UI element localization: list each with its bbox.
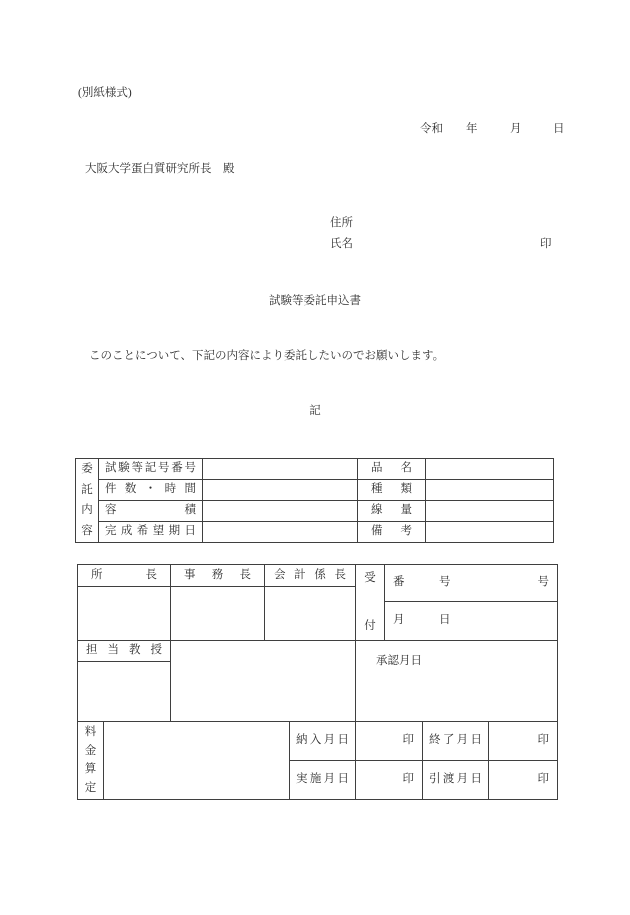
cell-professor-label: 担当教授 xyxy=(78,641,171,662)
cell-reception-number: 番 号 号 xyxy=(385,565,558,602)
cell-professor-sign-space xyxy=(78,662,171,722)
cell-remarks-value xyxy=(426,522,554,543)
cell-director-sign xyxy=(78,587,171,641)
cell-reception-date: 月 日 xyxy=(385,602,558,641)
cell-product-name-label: 品名 xyxy=(358,459,426,480)
commission-table: 委 託 内 容 試験等記号番号 品名 件数・時間 種類 容積 線量 完成希望期日 xyxy=(75,458,554,543)
cell-test-number-value xyxy=(203,459,358,480)
group-char: 委 xyxy=(81,464,93,476)
fee-char: 料 xyxy=(85,727,97,739)
group-char: 内 xyxy=(81,505,93,517)
cell-finish-seal: 印 xyxy=(489,722,558,761)
cell-approval-date: 承認月日 xyxy=(356,641,558,722)
cell-implement-date-label: 実施月日 xyxy=(290,761,356,800)
day-label: 日 xyxy=(553,122,565,137)
table-row: 所長 事務長 会計係長 受 付 番 号 号 xyxy=(78,565,558,587)
name-seal: 印 xyxy=(540,237,552,252)
cell-volume-label: 容積 xyxy=(99,501,203,522)
reception-number-suffix: 号 xyxy=(538,577,550,589)
month-label: 月 xyxy=(510,122,522,137)
era-label: 令和 xyxy=(420,122,443,137)
reception-char: 受 xyxy=(364,573,376,585)
corner-note: (別紙様式) xyxy=(78,86,132,101)
table-row: 容積 線量 xyxy=(76,501,554,522)
record-mark: 記 xyxy=(0,402,630,418)
cell-quantity-time-value xyxy=(203,480,358,501)
cell-finish-date-label: 終了月日 xyxy=(423,722,489,761)
cell-quantity-time-label: 件数・時間 xyxy=(99,480,203,501)
fee-column: 料 金 算 定 xyxy=(78,722,104,800)
document-title: 試験等委託申込書 xyxy=(0,292,630,308)
cell-test-number-label: 試験等記号番号 xyxy=(99,459,203,480)
cell-type-value xyxy=(426,480,554,501)
document-page: (別紙様式) 令和 年 月 日 大阪大学蛋白質研究所長 殿 住所 氏名 印 試験… xyxy=(0,0,630,915)
cell-admin-chief-label: 事務長 xyxy=(171,565,265,587)
cell-admin-chief-sign xyxy=(171,587,265,641)
table-row: 完成希望期日 備考 xyxy=(76,522,554,543)
fee-char: 算 xyxy=(85,764,97,776)
cell-delivery-seal: 印 xyxy=(489,761,558,800)
cell-dose-label: 線量 xyxy=(358,501,426,522)
commission-group-label: 委 託 内 容 xyxy=(76,459,99,543)
table-row: 担当教授 承認月日 xyxy=(78,641,558,662)
fee-char: 定 xyxy=(85,783,97,795)
reception-number-label: 番 号 xyxy=(393,577,451,589)
fee-char: 金 xyxy=(85,746,97,758)
body-text: このことについて、下記の内容により委託したいのでお願いします。 xyxy=(89,349,444,364)
cell-dose-value xyxy=(426,501,554,522)
cell-fee-amount xyxy=(104,722,290,800)
cell-payment-seal: 印 xyxy=(356,722,423,761)
cell-completion-date-label: 完成希望期日 xyxy=(99,522,203,543)
name-label: 氏名 xyxy=(330,237,353,252)
cell-remarks-label: 備考 xyxy=(358,522,426,543)
group-char: 託 xyxy=(81,485,93,497)
cell-payment-date-label: 納入月日 xyxy=(290,722,356,761)
cell-professor-sign xyxy=(171,641,356,722)
group-char: 容 xyxy=(81,526,93,538)
cell-implement-seal: 印 xyxy=(356,761,423,800)
table-row: 委 託 内 容 試験等記号番号 品名 xyxy=(76,459,554,480)
cell-product-name-value xyxy=(426,459,554,480)
cell-director-label: 所長 xyxy=(78,565,171,587)
addressee: 大阪大学蛋白質研究所長 殿 xyxy=(85,162,235,177)
reception-column: 受 付 xyxy=(356,565,385,641)
table-row: 件数・時間 種類 xyxy=(76,480,554,501)
table-row: 料 金 算 定 納入月日 印 終了月日 印 xyxy=(78,722,558,761)
year-label: 年 xyxy=(466,122,478,137)
cell-delivery-date-label: 引渡月日 xyxy=(423,761,489,800)
cell-accounting-chief-label: 会計係長 xyxy=(265,565,356,587)
address-label: 住所 xyxy=(330,216,353,231)
cell-volume-value xyxy=(203,501,358,522)
cell-accounting-chief-sign xyxy=(265,587,356,641)
reception-char: 付 xyxy=(364,621,376,633)
cell-completion-date-value xyxy=(203,522,358,543)
approval-table: 所長 事務長 会計係長 受 付 番 号 号 月 日 xyxy=(77,564,558,800)
cell-type-label: 種類 xyxy=(358,480,426,501)
